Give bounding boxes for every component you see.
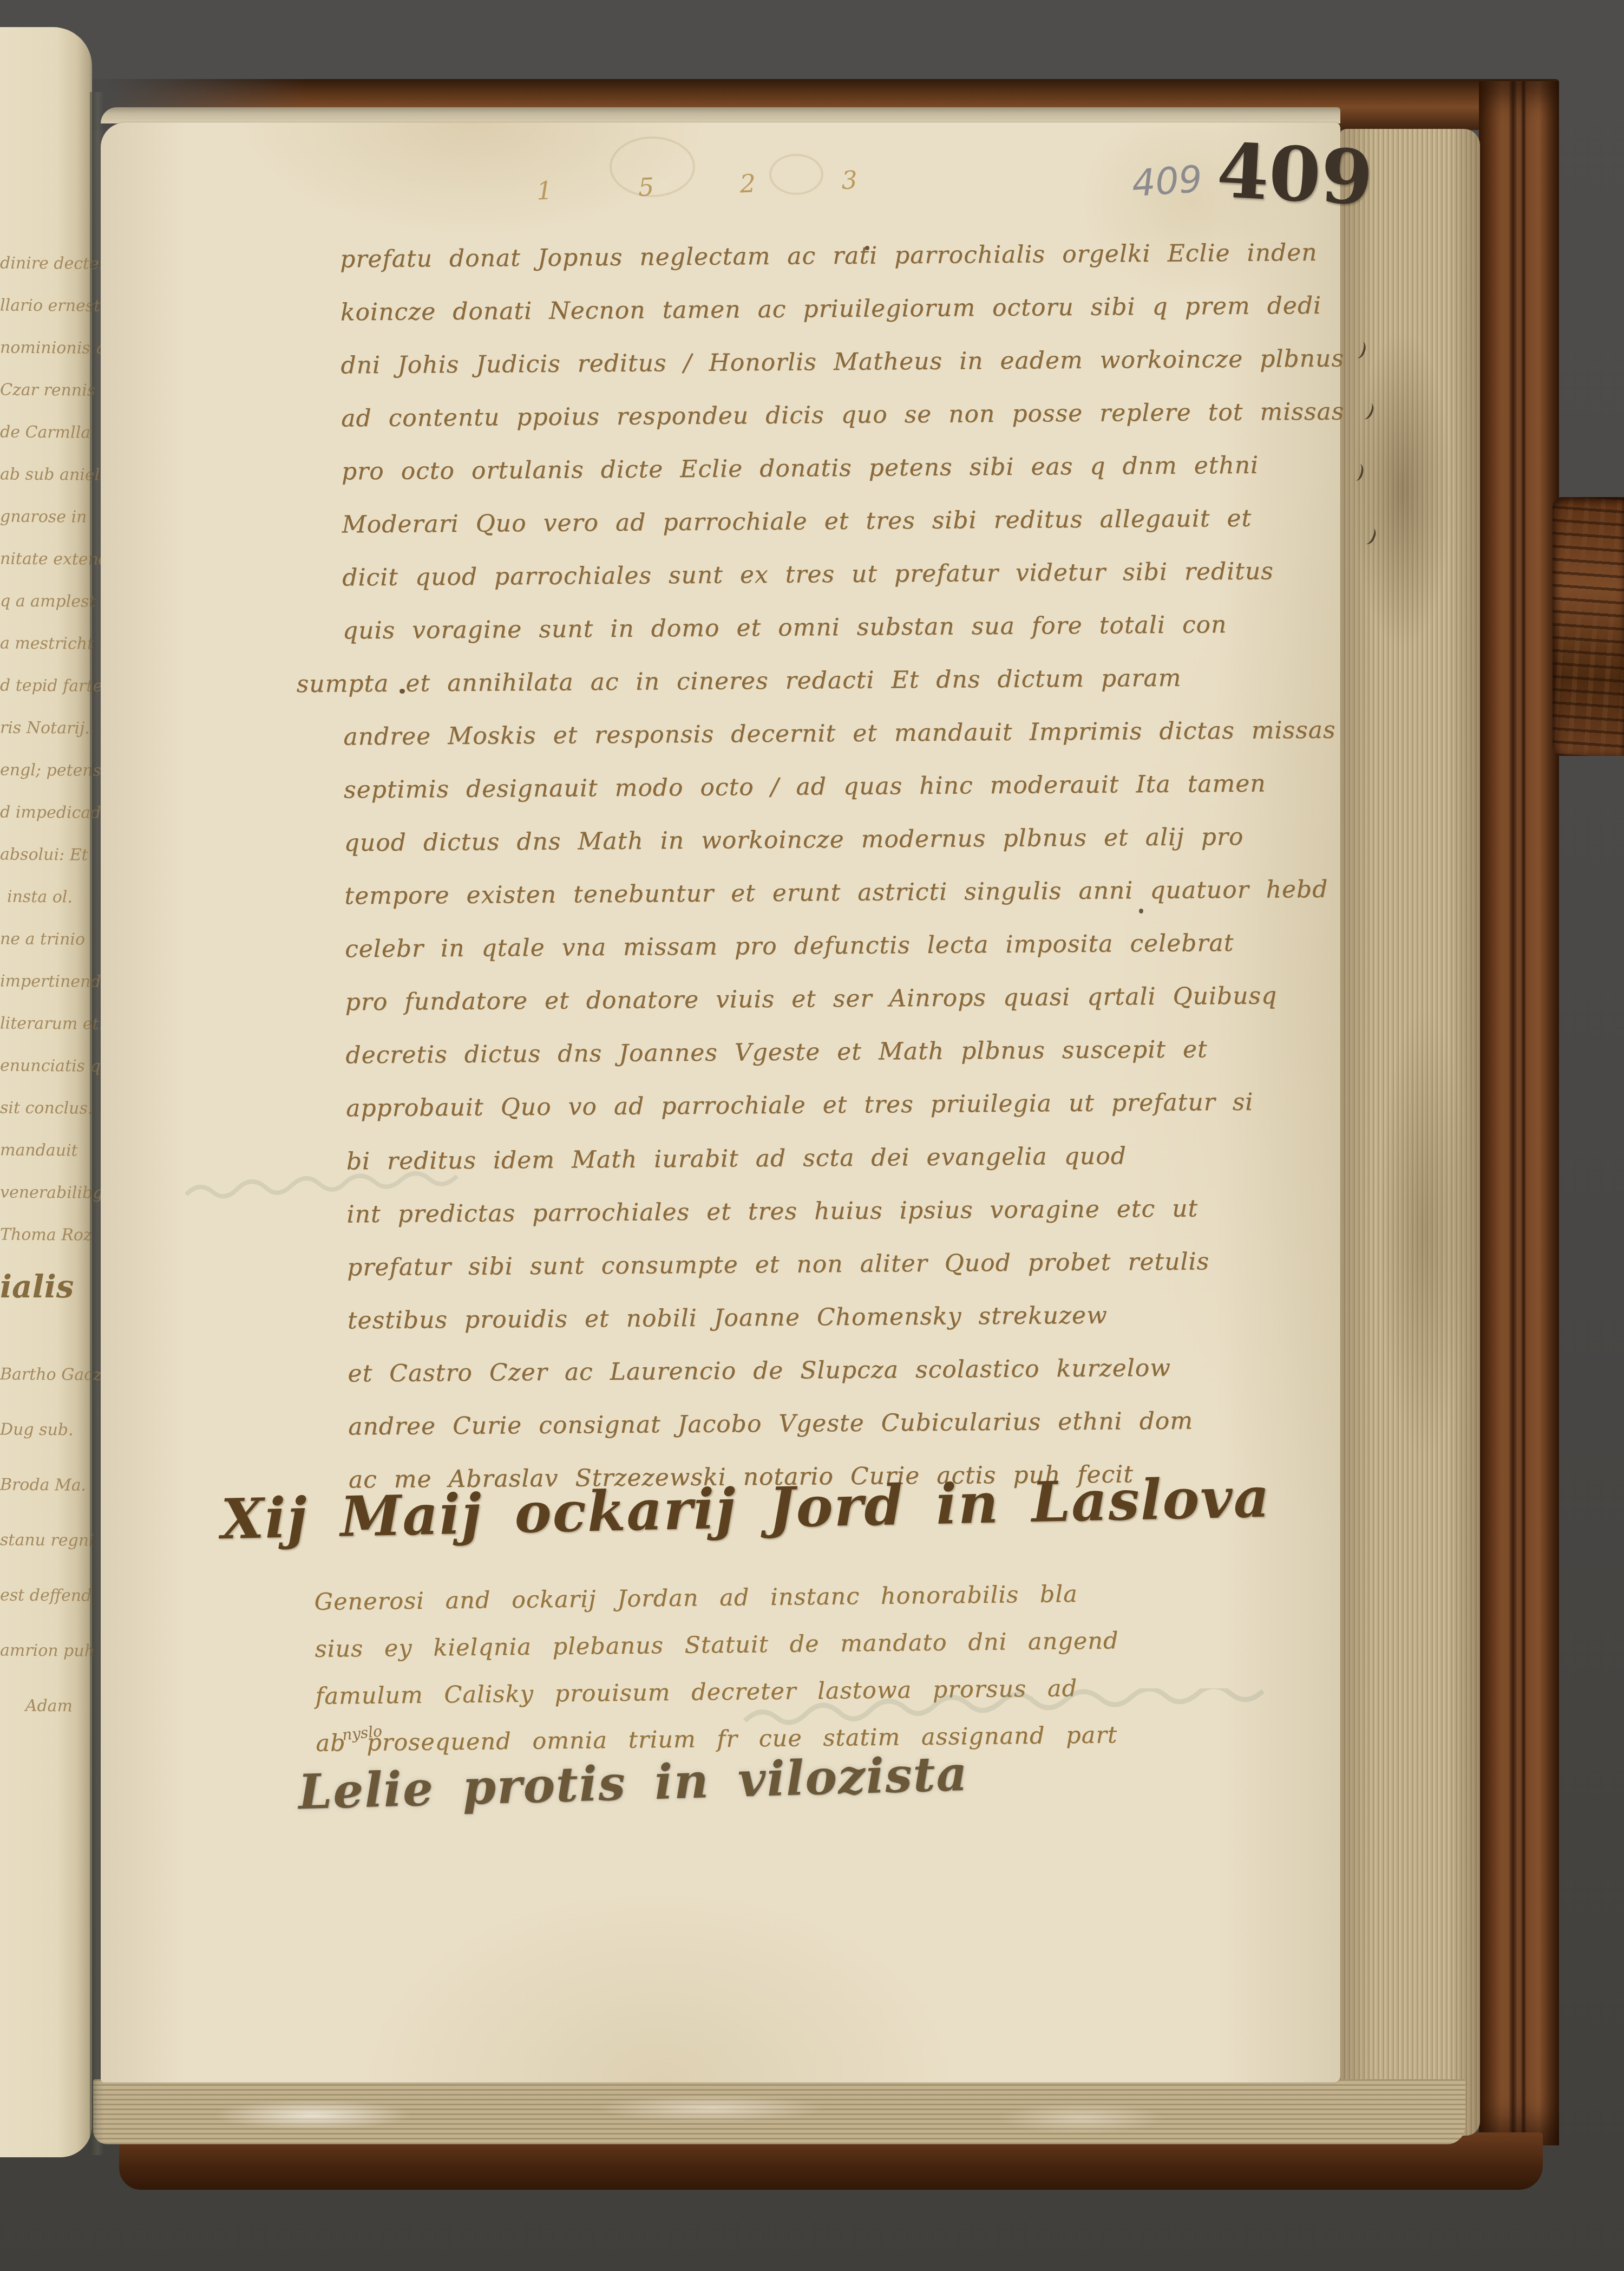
- pen-mark: [1352, 340, 1368, 360]
- facing-page-text-fragments: dinire decter.llario ernestinominionis q…: [0, 243, 73, 1256]
- text-fragment: mandauit: [0, 1130, 73, 1172]
- manuscript-line: int predictas parrochiales et tres huius…: [346, 1182, 1346, 1242]
- manuscript-line: pro octo ortulanis dicte Eclie donatis p…: [342, 439, 1341, 499]
- manuscript-line: quis voragine sunt in domo et omni subst…: [343, 598, 1342, 658]
- text-fragment: Bartho Gacz: [0, 1347, 73, 1403]
- text-fragment: insta ol.: [0, 876, 73, 919]
- text-fragment-large: ialis: [0, 1268, 73, 1305]
- text-fragment: Broda Ma.: [0, 1458, 73, 1513]
- manuscript-line: testibus prouidis et nobili Joanne Chome…: [347, 1288, 1346, 1348]
- cover-ridge: [1521, 81, 1526, 2145]
- facing-page-strip: dinire decter.llario ernestinominionis q…: [0, 27, 92, 2157]
- text-fragment: d tepid farte: [0, 665, 73, 708]
- manuscript-line: ad contentu ppoius respondeu dicis quo s…: [341, 386, 1340, 446]
- text-fragment: ne a trinio: [0, 918, 73, 961]
- book-cover-right-edge: [1479, 81, 1559, 2145]
- manuscript-line: bi reditus idem Math iurabit ad scta dei…: [346, 1128, 1345, 1189]
- fore-edge-page-stack: [1339, 129, 1480, 2136]
- text-fragment: Czar rennis: [0, 369, 73, 412]
- folio-number-pencil: 409: [1130, 158, 1203, 206]
- text-fragment: absolui: Et: [0, 834, 73, 877]
- text-fragment: ris Notarij.: [0, 707, 73, 750]
- ink-spot: [1139, 909, 1143, 913]
- bottom-page-stack: [93, 2079, 1465, 2144]
- text-fragment: amrion puh: [0, 1623, 73, 1679]
- pen-mark: [1350, 462, 1365, 482]
- text-fragment: literarum et.: [0, 1003, 73, 1046]
- ink-show-through: [739, 1688, 1335, 1748]
- text-fragment: nitate extend: [0, 538, 73, 581]
- manuscript-line: tempore existen tenebuntur et erunt astr…: [344, 863, 1344, 923]
- manuscript-line: prefatu donat Jopnus neglectam ac rati p…: [340, 226, 1339, 286]
- manuscript-line: pro fundatore et donatore viuis et ser A…: [345, 969, 1344, 1029]
- ink-spot: [400, 689, 405, 694]
- ink-spot: [865, 246, 869, 250]
- text-fragment: stanu regni: [0, 1513, 73, 1569]
- text-fragment: venerabilibg: [0, 1172, 73, 1215]
- folio-number-ink: 409: [1215, 126, 1375, 223]
- page-top-edge: [101, 107, 1340, 123]
- text-fragment: nominionis q: [0, 327, 73, 370]
- manuscript-line: decretis dictus dns Joannes Vgeste et Ma…: [345, 1022, 1345, 1082]
- manuscript-line: quod dictus dns Math in workoincze moder…: [344, 810, 1343, 870]
- text-fragment: Dug sub.: [0, 1402, 73, 1458]
- manuscript-line: celebr in qtale vna missam pro defunctis…: [345, 916, 1344, 976]
- cover-ridge: [1509, 81, 1517, 2145]
- ink-show-through: [182, 1167, 474, 1216]
- text-fragment: Thoma Roz: [0, 1214, 73, 1257]
- manuscript-line: andree Moskis et responsis decernit et m…: [343, 704, 1343, 764]
- text-fragment: de Carmlla: [0, 412, 73, 454]
- text-fragment: a mestricht: [0, 623, 73, 665]
- manuscript-line: Moderari Quo vero ad parrochiale et tres…: [342, 492, 1341, 552]
- text-fragment: q a amplest: [0, 580, 73, 623]
- text-fragment: est deffend: [0, 1568, 73, 1624]
- leather-strap: [1553, 497, 1624, 756]
- text-fragment: llario ernesti: [0, 285, 73, 328]
- manuscript-line: sumpta et annihilata ac in cineres redac…: [296, 651, 1342, 711]
- manuscript-line: dicit quod parrochiales sunt ex tres ut …: [342, 545, 1341, 605]
- text-fragment: impertinend: [0, 961, 73, 1003]
- text-fragment: d impedicad: [0, 792, 73, 834]
- manuscript-line: approbauit Quo vo ad parrochiale et tres…: [346, 1075, 1345, 1135]
- facing-page-text-fragments: Bartho GaczDug sub.Broda Ma.stanu regnie…: [0, 1347, 73, 1734]
- record-body-text: prefatu donat Jopnus neglectam ac rati p…: [340, 226, 1347, 1507]
- text-fragment: dinire decter.: [0, 243, 73, 285]
- text-fragment: engl; petens: [0, 749, 73, 792]
- manuscript-line: andree Curie consignat Jacobo Vgeste Cub…: [348, 1394, 1347, 1454]
- pen-mark: [1359, 401, 1376, 421]
- text-fragment: sit conclus.: [0, 1087, 73, 1130]
- manuscript-line: septimis designauit modo octo / ad quas …: [344, 757, 1343, 817]
- text-fragment: Adam: [0, 1679, 73, 1734]
- year-heading: 1 5 2 3: [536, 164, 896, 205]
- text-fragment: enunciatis q: [0, 1045, 73, 1088]
- manuscript-photo: dinire decter.llario ernestinominionis q…: [0, 0, 1624, 2271]
- text-fragment: gnarose in: [0, 496, 73, 539]
- manuscript-line: prefatur sibi sunt consumpte et non alit…: [347, 1235, 1346, 1295]
- manuscript-line: dni Johis Judicis reditus / Honorlis Mat…: [340, 332, 1340, 393]
- text-fragment: ab sub aniello: [0, 454, 73, 497]
- pen-mark: [1361, 526, 1378, 546]
- manuscript-line: et Castro Czer ac Laurencio de Slupcza s…: [348, 1341, 1347, 1401]
- manuscript-page: 1 5 2 3 409 409 prefatu donat Jopnus neg…: [101, 122, 1340, 2083]
- manuscript-line: koincze donati Necnon tamen ac priuilegi…: [340, 279, 1339, 340]
